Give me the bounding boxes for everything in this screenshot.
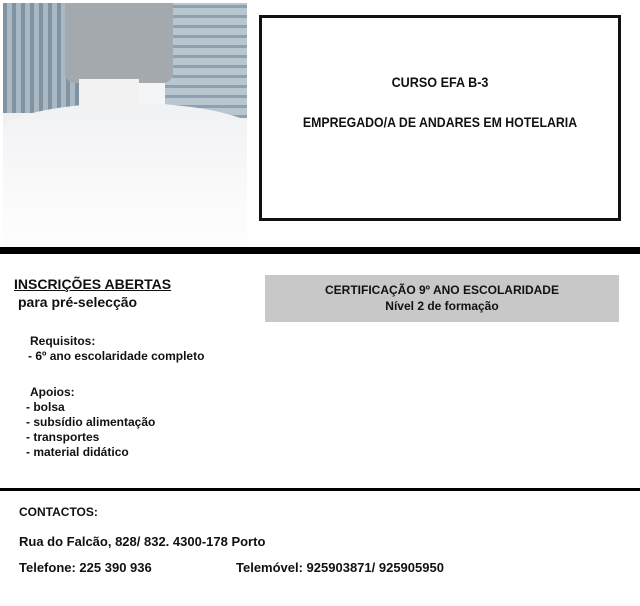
bedsheet	[3, 103, 247, 248]
course-name: EMPREGADO/A DE ANDARES EM HOTELARIA	[283, 114, 596, 130]
requirement-item: - 6º ano escolaridade completo	[28, 349, 204, 364]
support-item: - bolsa	[26, 400, 155, 415]
housekeeper-figure	[65, 3, 173, 83]
course-code: CURSO EFA B-3	[280, 74, 600, 90]
support-item: - transportes	[26, 430, 155, 445]
contact-phone: Telefone: 225 390 936	[19, 560, 152, 575]
certification-banner: CERTIFICAÇÃO 9º ANO ESCOLARIDADE Nível 2…	[265, 275, 619, 322]
contact-address: Rua do Falcão, 828/ 832. 4300-178 Porto	[19, 534, 265, 549]
hero-photo	[3, 3, 247, 248]
support-item: - material didático	[26, 445, 155, 460]
contacts-heading: CONTACTOS:	[19, 505, 98, 519]
requirements-heading: Requisitos:	[30, 334, 204, 349]
certification-level: CERTIFICAÇÃO 9º ANO ESCOLARIDADE	[265, 283, 619, 297]
support-section: Apoios: - bolsa - subsídio alimentação -…	[26, 385, 155, 460]
course-title-box: CURSO EFA B-3 EMPREGADO/A DE ANDARES EM …	[259, 15, 621, 221]
support-item: - subsídio alimentação	[26, 415, 155, 430]
requirements-section: Requisitos: - 6º ano escolaridade comple…	[30, 334, 204, 364]
support-heading: Apoios:	[30, 385, 155, 400]
contact-mobile: Telemóvel: 925903871/ 925905950	[236, 560, 444, 575]
building-right	[165, 3, 247, 118]
divider-bottom	[0, 488, 640, 491]
divider-top	[0, 247, 640, 254]
training-level: Nível 2 de formação	[265, 299, 619, 313]
registration-subheading: para pré-selecção	[18, 294, 137, 310]
registration-heading: INSCRIÇÕES ABERTAS	[14, 276, 171, 292]
